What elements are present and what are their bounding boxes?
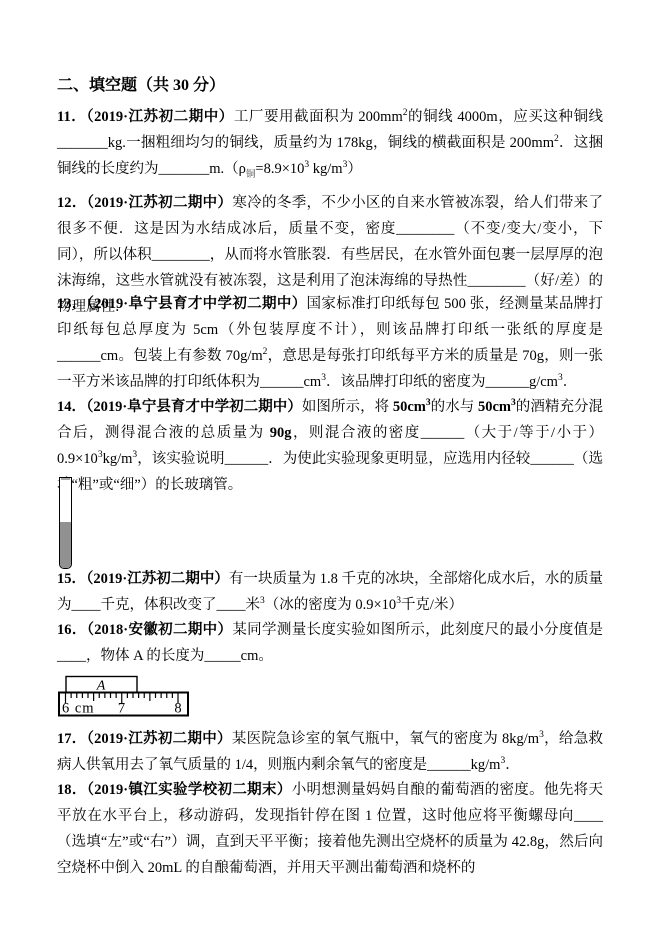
question-17: 17．（2019·江苏初二期中）某医院急诊室的氧气瓶中，氧气的密度为 8kg/m…	[57, 726, 603, 778]
question-number: 17．	[57, 731, 87, 747]
question-number: 15．	[57, 571, 86, 587]
question-source: （2018·安徽初二期中）	[87, 622, 233, 638]
question-source: （2019·江苏初二期中）	[87, 731, 232, 747]
question-18: 18．（2019·镇江实验学校初二期末）小明想测量妈妈自酿的葡萄酒的密度。他先将…	[57, 777, 603, 881]
ruler-label-6cm: 6 cm	[62, 701, 95, 717]
question-source: （2019·阜宁县育才中学初二期中）	[86, 399, 302, 415]
question-number: 14．	[57, 399, 86, 415]
question-13: 13．（2019·阜宁县育才中学初二期中）国家标准打印纸每包 500 张，经测量…	[57, 291, 603, 395]
question-14: 14．（2019·阜宁县育才中学初二期中）如图所示，将 50cm3的水与 50c…	[57, 394, 603, 498]
question-source: （2019·江苏初二期中）	[86, 109, 234, 125]
question-source: （2019·江苏初二期中）	[86, 571, 229, 587]
question-number: 16．	[57, 622, 87, 638]
exam-page: { "section": { "title": "二、填空题（共 30 分）" …	[0, 0, 661, 935]
question-source: （2019·阜宁县育才中学初二期中）	[87, 296, 307, 312]
question-number: 18．	[57, 782, 87, 798]
question-16: 16．（2018·安徽初二期中）某同学测量长度实验如图所示，此刻度尺的最小分度值…	[57, 617, 603, 669]
question-15: 15．（2019·江苏初二期中）有一块质量为 1.8 千克的冰块，全部熔化成水后…	[57, 566, 603, 618]
question-11: 11．（2019·江苏初二期中）工厂要用截面积为 200mm2的铜线 4000m…	[57, 104, 603, 182]
object-a-label: A	[96, 679, 106, 694]
ruler-label-8: 8	[174, 701, 182, 717]
question-source: （2019·江苏初二期中）	[87, 195, 233, 211]
ruler-label-7: 7	[118, 701, 126, 717]
question-number: 11．	[57, 109, 86, 125]
tube-rim	[61, 478, 70, 480]
section-title: 二、填空题（共 30 分）	[57, 76, 603, 96]
question-source: （2019·镇江实验学校初二期末）	[87, 782, 292, 798]
test-tube-figure	[59, 477, 72, 569]
tube-liquid	[60, 522, 71, 568]
ruler-figure: A 6 cm 7 8	[57, 672, 197, 718]
question-number: 13．	[57, 296, 87, 312]
question-number: 12．	[57, 195, 87, 211]
